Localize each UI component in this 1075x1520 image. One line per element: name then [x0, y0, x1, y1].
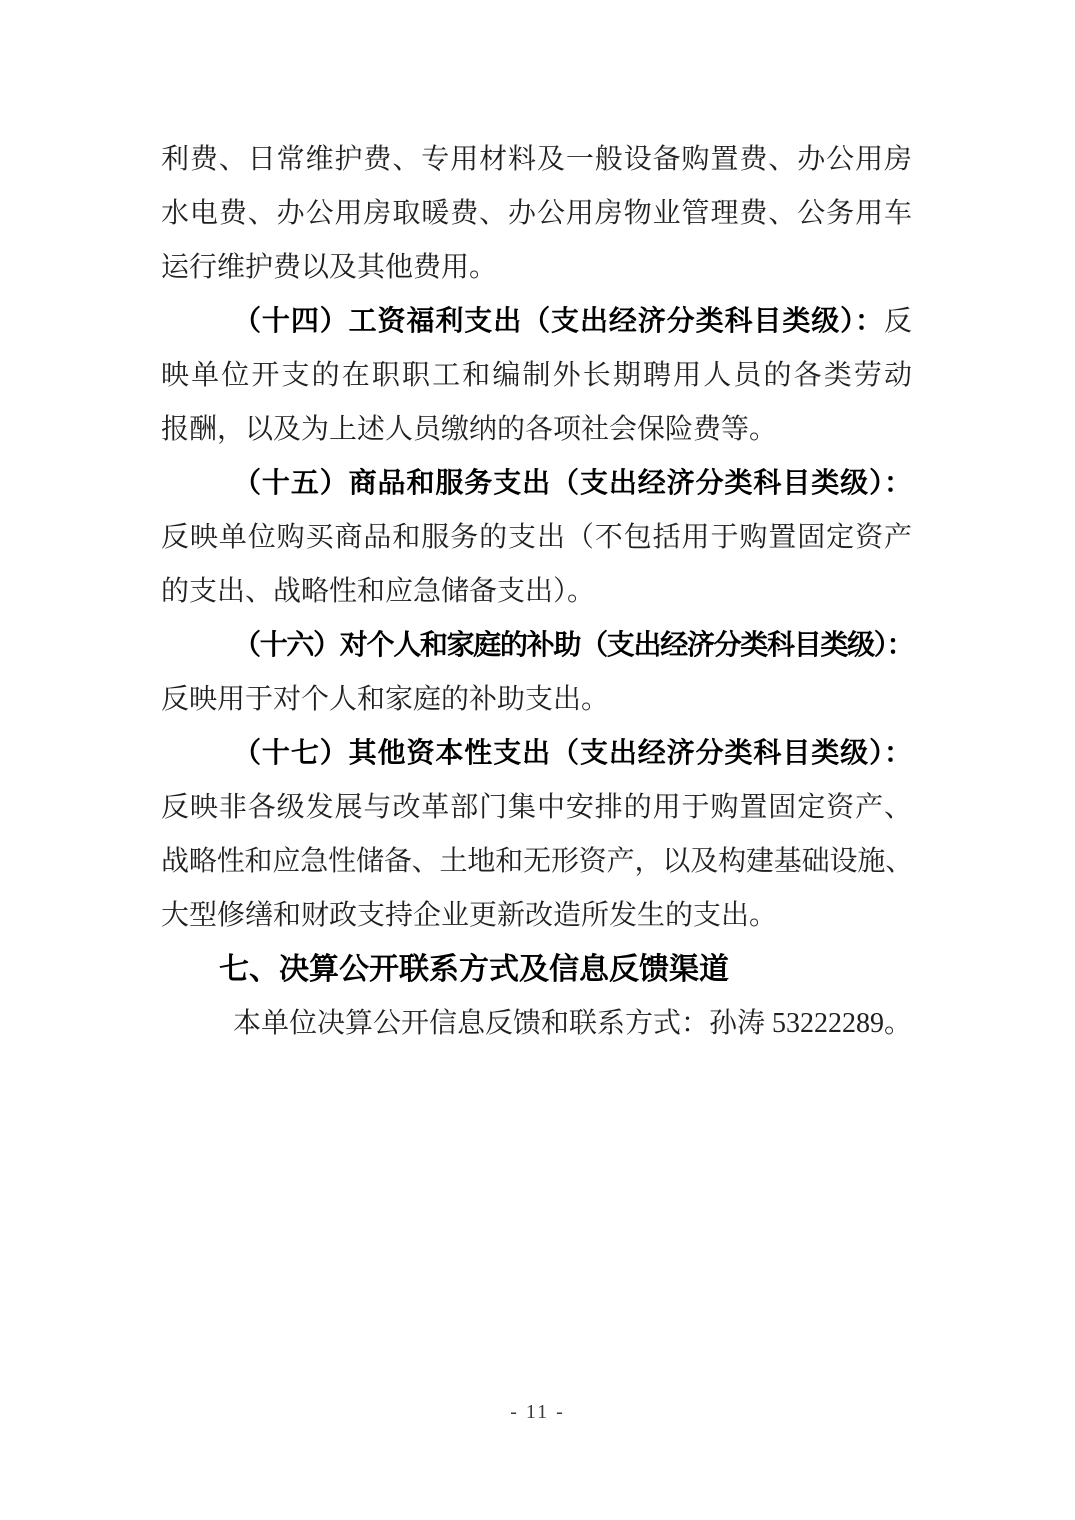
- text-line: 本单位决算公开信息反馈和联系方式：孙涛 53222289。: [161, 997, 912, 1051]
- line-bold-text: （十六）对个人和家庭的补助（支出经济分类科目类级）：: [233, 630, 912, 661]
- line-text: 反映非各级发展与改革部门集中安排的用于购置固定资产、: [161, 792, 912, 823]
- line-text: 大型修缮和财政支持企业更新改造所发生的支出。: [161, 900, 777, 931]
- document-body: 利费、日常维护费、专用材料及一般设备购置费、办公用房 水电费、办公用房取暖费、办…: [161, 133, 912, 1051]
- line-text: 反映用于对个人和家庭的补助支出。: [161, 684, 609, 715]
- section-heading-7: 七、决算公开联系方式及信息反馈渠道: [161, 943, 912, 997]
- line-text: 的支出、战略性和应急储备支出）。: [161, 576, 595, 607]
- text-line: （十五）商品和服务支出（支出经济分类科目类级）：: [161, 457, 912, 511]
- text-line: 水电费、办公用房取暖费、办公用房物业管理费、公务用车: [161, 187, 912, 241]
- line-bold-text: （十四）工资福利支出（支出经济分类科目类级）：: [233, 306, 884, 337]
- text-line: （十四）工资福利支出（支出经济分类科目类级）：反: [161, 295, 912, 349]
- text-line: （十六）对个人和家庭的补助（支出经济分类科目类级）：: [161, 619, 912, 673]
- line-text: 反: [884, 306, 912, 337]
- text-line: （十七）其他资本性支出（支出经济分类科目类级）：: [161, 727, 912, 781]
- line-text: 报酬，以及为上述人员缴纳的各项社会保险费等。: [161, 414, 777, 445]
- text-line: 反映用于对个人和家庭的补助支出。: [161, 673, 912, 727]
- heading-text: 七、决算公开联系方式及信息反馈渠道: [219, 953, 729, 986]
- line-text: 映单位开支的在职职工和编制外长期聘用人员的各类劳动: [161, 360, 912, 391]
- text-line: 利费、日常维护费、专用材料及一般设备购置费、办公用房: [161, 133, 912, 187]
- page-footer: - 11 -: [0, 1398, 1075, 1426]
- text-line: 运行维护费以及其他费用。: [161, 241, 912, 295]
- text-line: 反映单位购买商品和服务的支出（不包括用于购置固定资产: [161, 511, 912, 565]
- line-text: 战略性和应急性储备、土地和无形资产，以及构建基础设施、: [161, 846, 912, 877]
- line-text: 利费、日常维护费、专用材料及一般设备购置费、办公用房: [161, 144, 912, 175]
- line-bold-text: （十五）商品和服务支出（支出经济分类科目类级）：: [233, 468, 912, 499]
- text-line: 映单位开支的在职职工和编制外长期聘用人员的各类劳动: [161, 349, 912, 403]
- text-line: 大型修缮和财政支持企业更新改造所发生的支出。: [161, 889, 912, 943]
- page-number: - 11 -: [510, 1401, 565, 1423]
- text-line: 反映非各级发展与改革部门集中安排的用于购置固定资产、: [161, 781, 912, 835]
- line-text: 反映单位购买商品和服务的支出（不包括用于购置固定资产: [161, 522, 912, 553]
- text-line: 战略性和应急性储备、土地和无形资产，以及构建基础设施、: [161, 835, 912, 889]
- document-page: 利费、日常维护费、专用材料及一般设备购置费、办公用房 水电费、办公用房取暖费、办…: [0, 0, 1075, 1520]
- text-line: 报酬，以及为上述人员缴纳的各项社会保险费等。: [161, 403, 912, 457]
- line-text: 水电费、办公用房取暖费、办公用房物业管理费、公务用车: [161, 198, 912, 229]
- line-text: 运行维护费以及其他费用。: [161, 252, 497, 283]
- line-bold-text: （十七）其他资本性支出（支出经济分类科目类级）：: [233, 738, 912, 769]
- text-line: 的支出、战略性和应急储备支出）。: [161, 565, 912, 619]
- line-text: 本单位决算公开信息反馈和联系方式：孙涛 53222289。: [233, 1008, 912, 1039]
